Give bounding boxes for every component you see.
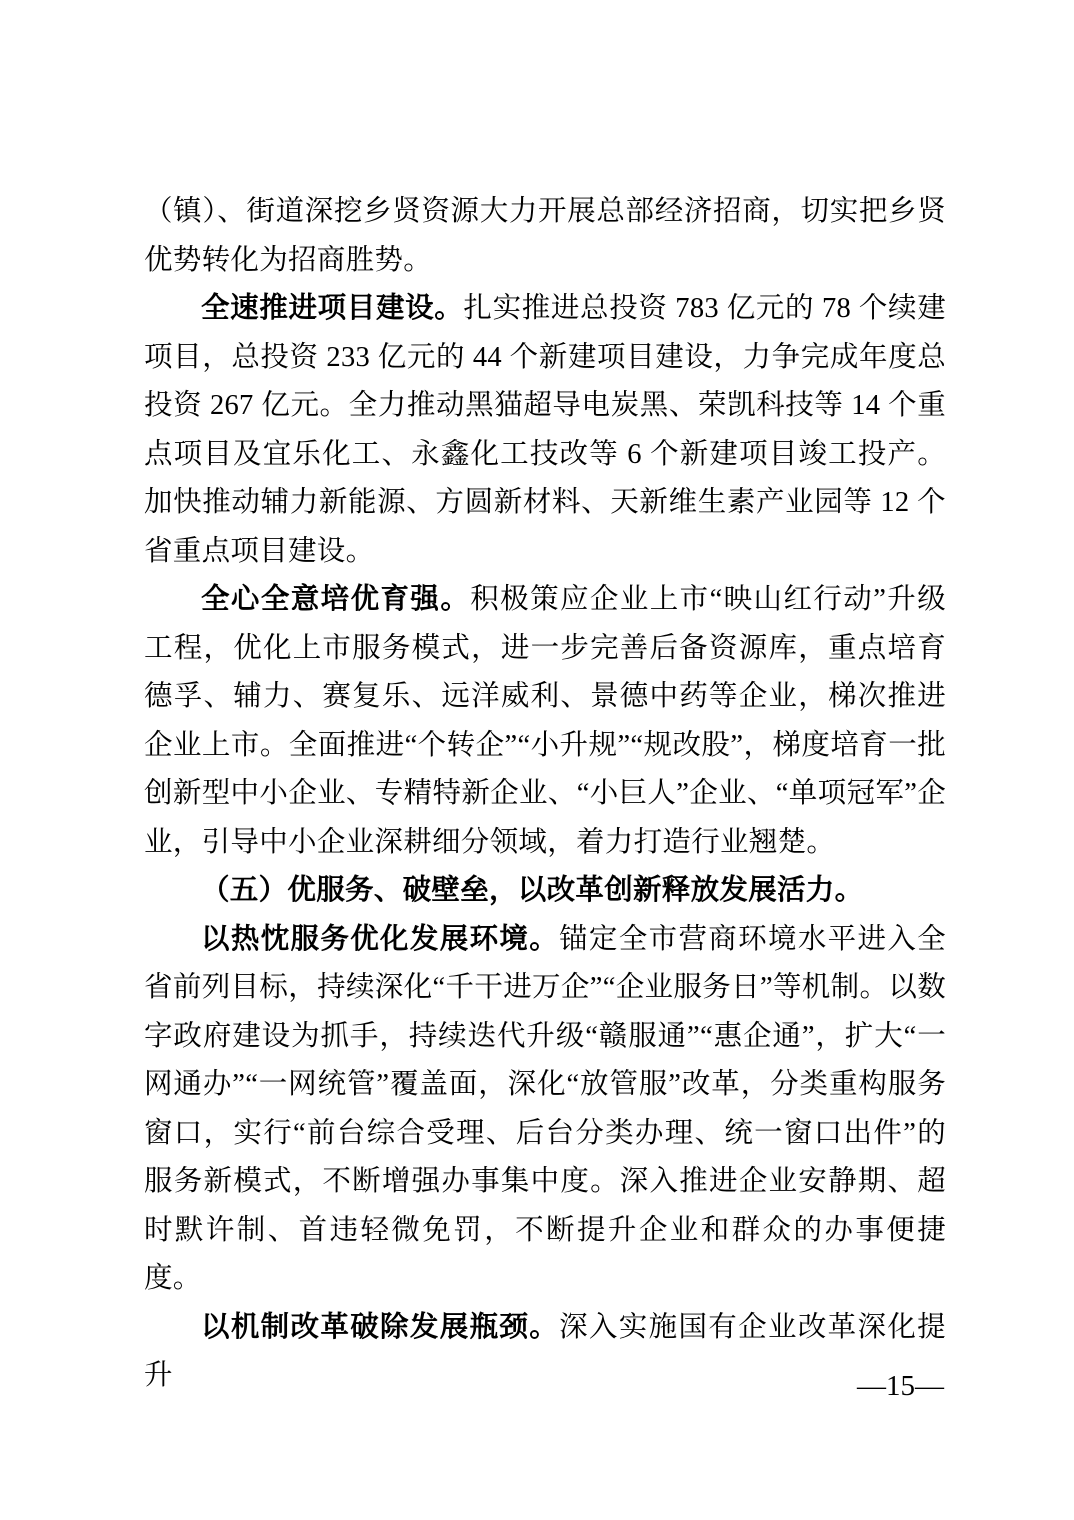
paragraph-enterprise-cultivation: 全心全意培优育强。积极策应企业上市“映山红行动”升级工程，优化上市服务模式，进一… bbox=[144, 576, 946, 867]
paragraph-mechanism-reform: 以机制改革破除发展瓶颈。深入实施国有企业改革深化提升 bbox=[144, 1304, 946, 1401]
document-page: （镇）、街道深挖乡贤资源大力开展总部经济招商，切实把乡贤优势转化为招商胜势。 全… bbox=[0, 0, 1074, 1520]
paragraph-lead: 以机制改革破除发展瓶颈。 bbox=[201, 1312, 559, 1343]
document-body: （镇）、街道深挖乡贤资源大力开展总部经济招商，切实把乡贤优势转化为招商胜势。 全… bbox=[144, 188, 946, 1401]
page-number: —15— bbox=[857, 1368, 944, 1404]
paragraph-continuation: （镇）、街道深挖乡贤资源大力开展总部经济招商，切实把乡贤优势转化为招商胜势。 bbox=[144, 188, 946, 285]
section-heading-five: （五）优服务、破壁垒，以改革创新释放发展活力。 bbox=[144, 867, 946, 916]
paragraph-project-construction: 全速推进项目建设。扎实推进总投资 783 亿元的 78 个续建项目，总投资 23… bbox=[144, 285, 946, 576]
paragraph-body: 锚定全市营商环境水平进入全省前列目标，持续深化“千干进万企”“企业服务日”等机制… bbox=[144, 924, 946, 1295]
paragraph-body: 扎实推进总投资 783 亿元的 78 个续建项目，总投资 233 亿元的 44 … bbox=[144, 293, 946, 567]
paragraph-lead: 以热忱服务优化发展环境。 bbox=[201, 924, 559, 955]
section-heading-text: （五）优服务、破壁垒，以改革创新释放发展活力。 bbox=[201, 875, 863, 906]
paragraph-service-environment: 以热忱服务优化发展环境。锚定全市营商环境水平进入全省前列目标，持续深化“千干进万… bbox=[144, 916, 946, 1304]
paragraph-lead: 全速推进项目建设。 bbox=[201, 293, 463, 324]
paragraph-body: （镇）、街道深挖乡贤资源大力开展总部经济招商，切实把乡贤优势转化为招商胜势。 bbox=[144, 196, 946, 276]
paragraph-lead: 全心全意培优育强。 bbox=[201, 584, 470, 615]
paragraph-body: 积极策应企业上市“映山红行动”升级工程，优化上市服务模式，进一步完善后备资源库，… bbox=[144, 584, 946, 858]
